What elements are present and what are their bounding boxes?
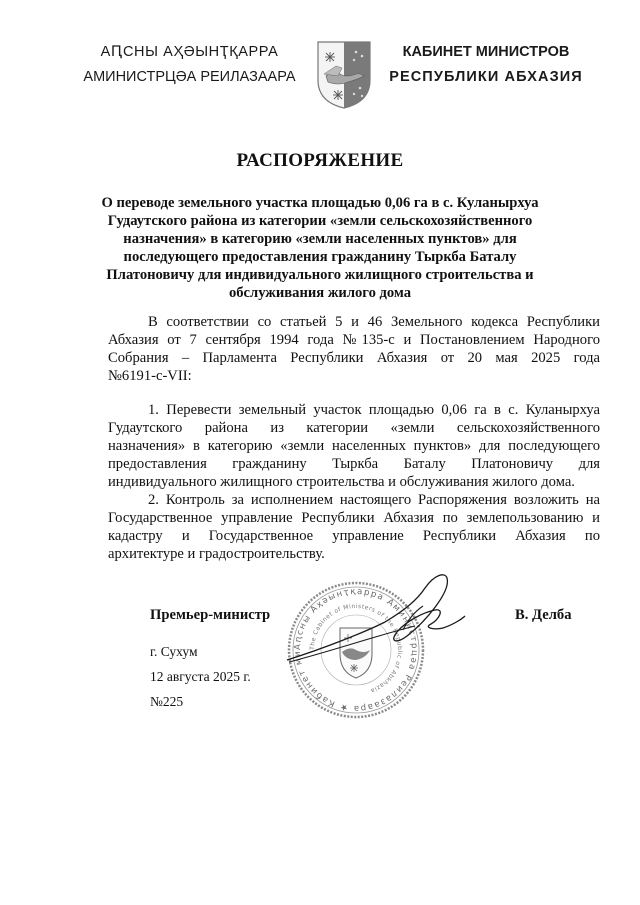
header-right-line-2: РЕСПУБЛИКИ АБХАЗИЯ [386,65,586,90]
document-number: №225 [150,694,183,710]
order-item-1: 1. Перевести земельный участок площадью … [108,401,600,491]
text-line: В соответствии со статьей 5 и 46 Земельн… [108,313,600,331]
text-line: предоставления гражданину Тыркба Баталу … [108,455,600,473]
text-line: №6191-с-VII: [108,367,600,385]
subject-line: Гудаутского района из категории «земли с… [100,212,540,230]
text-line: Абхазия от 7 сентября 1994 года №135-с и… [108,331,600,349]
subject-line: назначения» в категорию «земли населенны… [100,230,540,248]
text-line: индивидуального жилищного строительства … [108,473,600,491]
text-line: Гудаутского района из категории «земли с… [108,419,600,437]
document-type-title: РАСПОРЯЖЕНИЕ [0,150,640,172]
text-line: 2. Контроль за исполнением настоящего Ра… [108,491,600,509]
preamble-paragraph: В соответствии со статьей 5 и 46 Земельн… [108,313,600,385]
text-line: Собрания – Парламента Республики Абхазия… [108,349,600,367]
text-line: архитектуре и градостроительству. [108,545,600,563]
signatory-position: Премьер-министр [150,607,270,624]
text-line: назначения» в категорию «земли населенны… [108,437,600,455]
subject-line: Платоновичу для индивидуального жилищног… [100,266,540,284]
header-russian-title: КАБИНЕТ МИНИСТРОВ РЕСПУБЛИКИ АБХАЗИЯ [386,40,586,90]
issue-city: г. Сухум [150,644,198,660]
text-line: 1. Перевести земельный участок площадью … [108,401,600,419]
text-line: Государственное управление Республики Аб… [108,509,600,527]
subject-line: последующего предоставления гражданину Т… [100,248,540,266]
order-item-2: 2. Контроль за исполнением настоящего Ра… [108,491,600,563]
header-left-line-2: АМИНИСТРЦӘА РЕИЛАЗААРА [82,65,297,90]
issue-date: 12 августа 2025 г. [150,669,251,685]
header-abkhaz-title: АԤСНЫ АҲӘЫНҬҚАРРА АМИНИСТРЦӘА РЕИЛАЗААРА [82,40,297,90]
subject-line: обслуживания жилого дома [100,284,540,302]
subject-line: О переводе земельного участка площадью 0… [100,194,540,212]
header-left-line-1: АԤСНЫ АҲӘЫНҬҚАРРА [82,40,297,65]
text-line: кадастру и Государственное управление Ре… [108,527,600,545]
document-subject: О переводе земельного участка площадью 0… [100,194,540,302]
header-right-line-1: КАБИНЕТ МИНИСТРОВ [386,40,586,65]
handwritten-signature [285,570,470,680]
signatory-name: В. Делба [515,607,572,624]
coat-of-arms-icon [316,40,372,110]
